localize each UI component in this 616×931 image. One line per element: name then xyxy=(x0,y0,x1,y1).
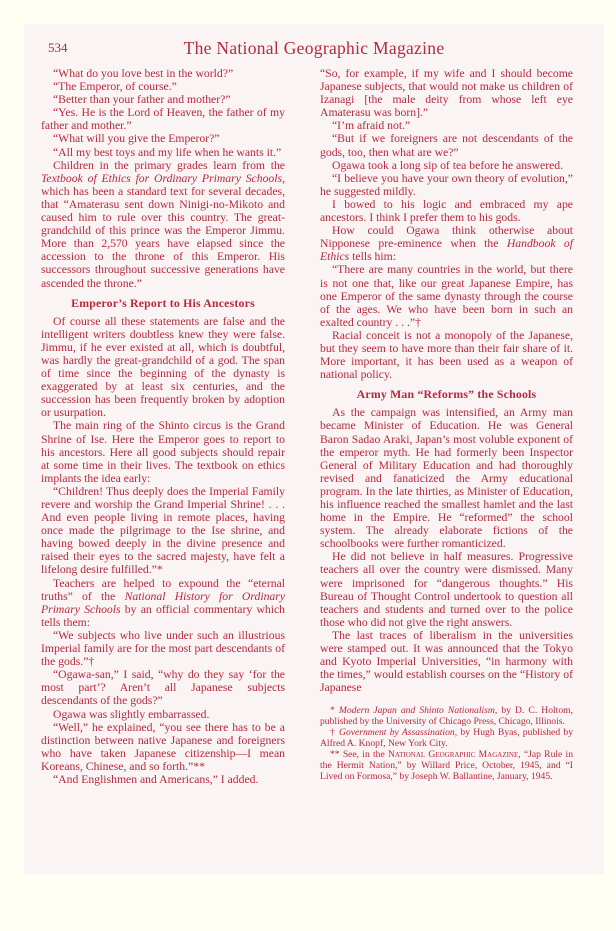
paragraph: I bowed to his logic and embraced my ape… xyxy=(320,198,573,224)
paragraph: “And Englishmen and Americans,” I added. xyxy=(41,773,285,786)
paragraph: “Better than your father and mother?” xyxy=(41,93,285,106)
paragraph: “But if we foreigners are not descendant… xyxy=(320,132,573,158)
paragraph: Ogawa took a long sip of tea before he a… xyxy=(320,159,573,172)
paragraph: “Ogawa-san,” I said, “why do they say ‘f… xyxy=(41,668,285,707)
paragraph: Of course all these statements are false… xyxy=(41,315,285,420)
magazine-page: 534 The National Geographic Magazine “Wh… xyxy=(24,24,604,874)
paragraph: “What do you love best in the world?” xyxy=(41,67,285,80)
paragraph: As the campaign was intensified, an Army… xyxy=(320,406,573,550)
footnote: * Modern Japan and Shinto Nationalism, b… xyxy=(320,705,573,727)
paragraph: “Well,” he explained, “you see there has… xyxy=(41,721,285,773)
left-column: “What do you love best in the world?” “T… xyxy=(41,67,285,786)
paragraph: Teachers are helped to expound the “eter… xyxy=(41,577,285,629)
paragraph: “We subjects who live under such an illu… xyxy=(41,629,285,668)
running-head: 534 The National Geographic Magazine xyxy=(24,38,604,60)
paragraph: “I believe you have your own theory of e… xyxy=(320,172,573,198)
paragraph: Racial conceit is not a monopoly of the … xyxy=(320,329,573,381)
paragraph: “I’m afraid not.” xyxy=(320,119,573,132)
paragraph: He did not believe in half measures. Pro… xyxy=(320,550,573,629)
paragraph: “There are many countries in the world, … xyxy=(320,263,573,328)
footnotes: * Modern Japan and Shinto Nationalism, b… xyxy=(320,705,573,782)
paragraph: “So, for example, if my wife and I shoul… xyxy=(320,67,573,119)
paragraph: How could Ogawa think otherwise about Ni… xyxy=(320,224,573,263)
paragraph: “The Emperor, of course.” xyxy=(41,80,285,93)
book-title: Textbook of Ethics for Ordinary Primary … xyxy=(41,172,282,185)
paragraph: “Yes. He is the Lord of Heaven, the fath… xyxy=(41,106,285,132)
section-heading: Army Man “Reforms” the Schools xyxy=(320,388,573,401)
section-heading: Emperor’s Report to His Ancestors xyxy=(41,297,285,310)
paragraph: “Children! Thus deeply does the Imperial… xyxy=(41,485,285,577)
footnote: † Government by Assassination, by Hugh B… xyxy=(320,727,573,749)
paragraph: “What will you give the Emperor?” xyxy=(41,132,285,145)
paragraph: “All my best toys and my life when he wa… xyxy=(41,146,285,159)
paragraph: The main ring of the Shinto circus is th… xyxy=(41,419,285,484)
paragraph: Ogawa was slightly embarrassed. xyxy=(41,708,285,721)
right-column: “So, for example, if my wife and I shoul… xyxy=(320,67,573,782)
magazine-title: The National Geographic Magazine xyxy=(24,38,604,59)
footnote: ** See, in the National Geographic Magaz… xyxy=(320,749,573,782)
paragraph: The last traces of liberalism in the uni… xyxy=(320,629,573,694)
paragraph: Children in the primary grades learn fro… xyxy=(41,159,285,290)
